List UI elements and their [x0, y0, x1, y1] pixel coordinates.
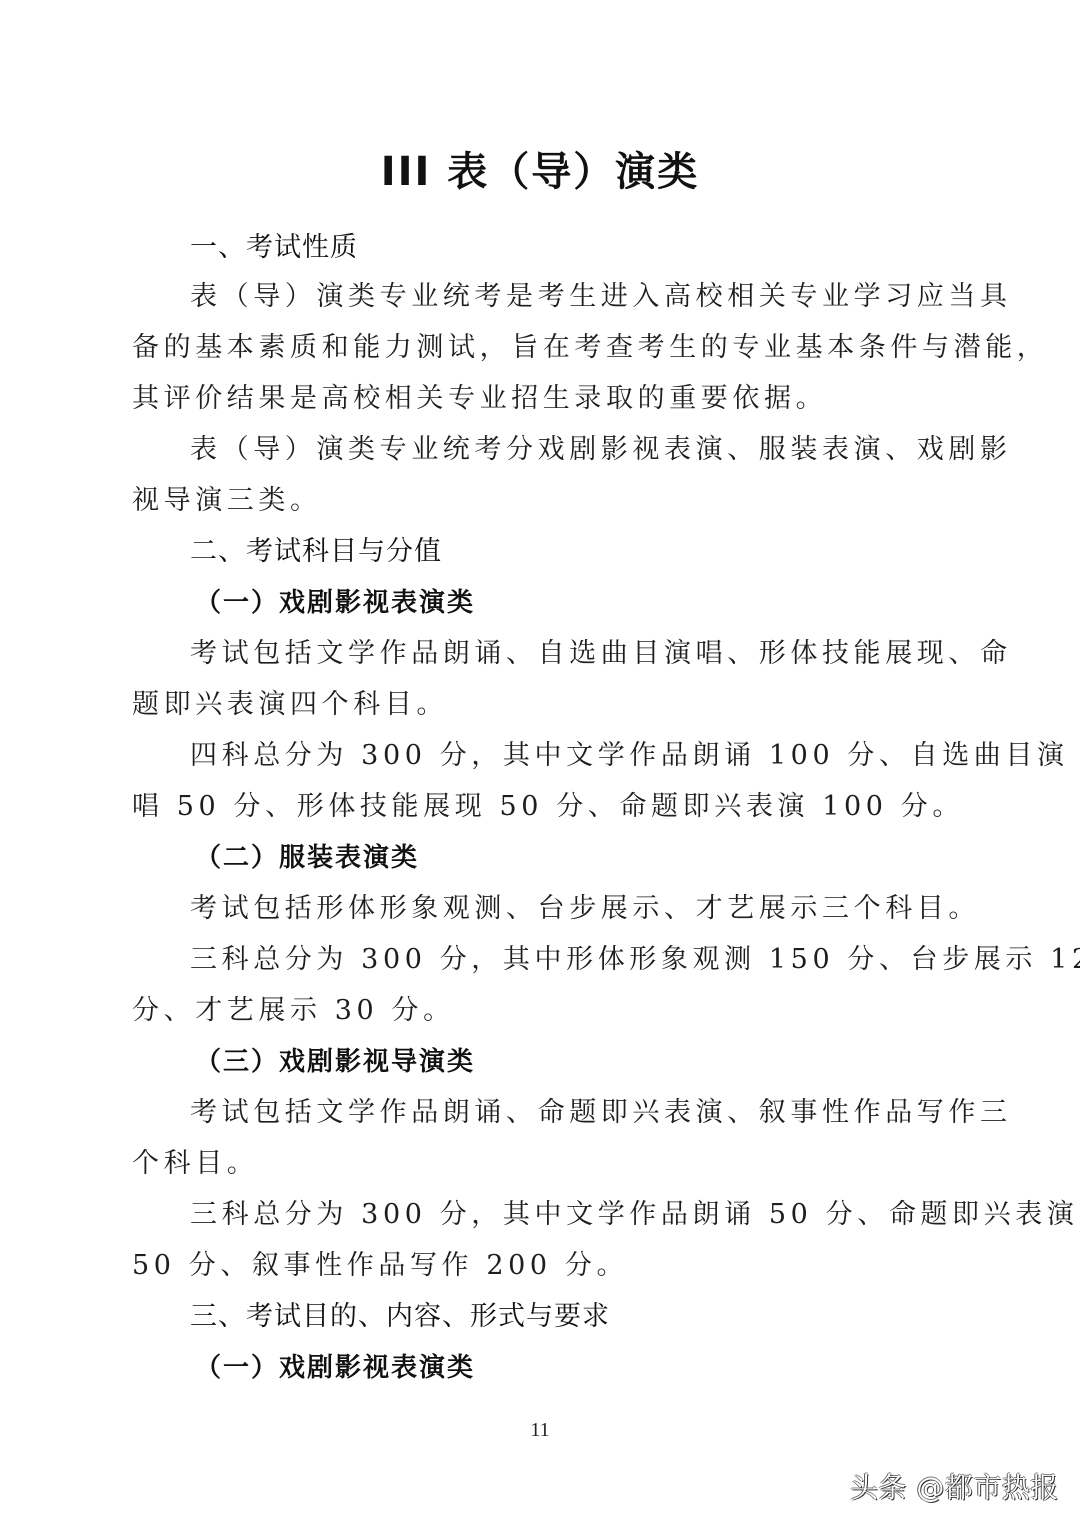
page-number: 11: [0, 1417, 1080, 1443]
paragraph-line: 考试包括形体形象观测、台步展示、才艺展示三个科目。: [190, 889, 948, 929]
section-heading-purpose: 三、考试目的、内容、形式与要求: [190, 1297, 610, 1337]
paragraph-line: 分、才艺展示 30 分。: [132, 991, 948, 1031]
paragraph-line: 题即兴表演四个科目。: [132, 685, 948, 725]
paragraph-line: 50 分、叙事性作品写作 200 分。: [132, 1246, 948, 1286]
subsection-heading-fashion: （二）服装表演类: [195, 838, 419, 878]
paragraph-line: 表（导）演类专业统考分戏剧影视表演、服装表演、戏剧影: [190, 430, 948, 470]
watermark-label: 头条 @都市热报: [850, 1470, 1059, 1506]
paragraph-line: 考试包括文学作品朗诵、自选曲目演唱、形体技能展现、命: [190, 634, 948, 674]
paragraph-line: 个科目。: [132, 1144, 948, 1184]
subsection-heading-drama-acting: （一）戏剧影视表演类: [195, 583, 475, 623]
paragraph-line: 其评价结果是高校相关专业招生录取的重要依据。: [132, 379, 948, 419]
paragraph-line: 三科总分为 300 分，其中形体形象观测 150 分、台步展示 120: [190, 940, 948, 980]
paragraph-line: 备的基本素质和能力测试，旨在考查考生的专业基本条件与潜能，: [132, 328, 948, 368]
section-heading-subjects: 二、考试科目与分值: [190, 532, 442, 572]
page-title: III 表（导）演类: [0, 142, 1080, 202]
paragraph-line: 唱 50 分、形体技能展现 50 分、命题即兴表演 100 分。: [132, 787, 948, 827]
paragraph-line: 表（导）演类专业统考是考生进入高校相关专业学习应当具: [190, 277, 948, 317]
paragraph-line: 视导演三类。: [132, 481, 948, 521]
paragraph-line: 三科总分为 300 分，其中文学作品朗诵 50 分、命题即兴表演: [190, 1195, 948, 1235]
subsection-heading-directing: （三）戏剧影视导演类: [195, 1042, 475, 1082]
paragraph-line: 考试包括文学作品朗诵、命题即兴表演、叙事性作品写作三: [190, 1093, 948, 1133]
section-heading-nature: 一、考试性质: [190, 228, 358, 268]
paragraph-line: 四科总分为 300 分，其中文学作品朗诵 100 分、自选曲目演: [190, 736, 948, 776]
subsection-heading-drama-acting-2: （一）戏剧影视表演类: [195, 1348, 475, 1388]
